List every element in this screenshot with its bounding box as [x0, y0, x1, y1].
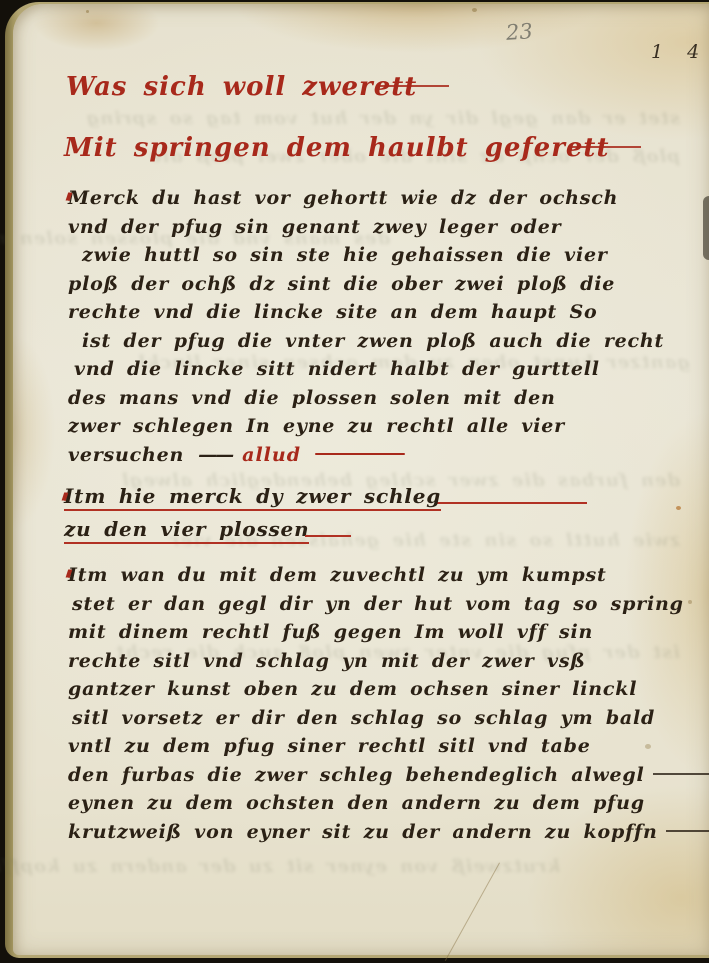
text-line: Itm wan du mit dem zuvechtl zu ym kumpst	[68, 561, 658, 590]
stain-spot	[645, 744, 651, 749]
heading-text: zu den vier plossen	[64, 517, 309, 544]
stain-spot	[676, 506, 681, 510]
text-line: mit dinem rechtl fuß gegen Im woll vff s…	[68, 618, 658, 647]
gloss-paragraph-2: Itm wan du mit dem zuvechtl zu ym kumpst…	[68, 561, 658, 846]
heading-text: Itm hie merck dy zwer schleg	[64, 484, 441, 511]
rubric-verse-line-1: Was sich woll zwerett	[66, 72, 449, 102]
bleedthrough-text: zwie huttl so sin ste hie gehaissen die …	[340, 530, 680, 551]
section-heading-line-1: Itm hie merck dy zwer schleg	[64, 484, 587, 508]
text-line: rechte vnd die lincke site an dem haupt …	[68, 298, 658, 327]
text-line: vnd die lincke sitt nidert halbt der gur…	[74, 355, 658, 384]
ink-speck	[86, 10, 89, 13]
text-line: zwie huttl so sin ste hie gehaissen die …	[82, 241, 658, 270]
closing-word: versuchen	[68, 444, 184, 466]
text-line-with-rubric-word: versuchen——allud	[68, 441, 658, 470]
stain-spot	[688, 600, 692, 604]
page-edge-shadow	[703, 196, 709, 260]
text-line: Merck du hast vor gehortt wie dz der och…	[68, 184, 658, 213]
text-line: eynen zu dem ochsten den andern zu dem p…	[68, 789, 658, 818]
text-line: ist der pfug die vnter zwen ploß auch di…	[82, 327, 658, 356]
pencil-foliation: 23	[505, 19, 533, 45]
text-line: stet er dan gegl dir yn der hut vom tag …	[72, 590, 658, 619]
text-line: des mans vnd die plossen solen mit den	[68, 384, 658, 413]
text-line: zwer schlegen In eyne zu rechtl alle vie…	[68, 412, 658, 441]
text-line: ploß der ochß dz sint die ober zwei ploß…	[68, 270, 658, 299]
text-line: krutzweiß von eyner sit zu der andern zu…	[68, 818, 658, 847]
text-line: vnd der pfug sin genant zwey leger oder	[68, 213, 658, 242]
manuscript-photo: stet er dan gegl dir yn der hut vom tag …	[0, 0, 709, 963]
gloss-paragraph-1: Merck du hast vor gehortt wie dz der och…	[68, 184, 658, 469]
rubric-word-allud: allud	[242, 444, 301, 466]
ink-folio-number: 1 4	[651, 41, 708, 63]
text-line: rechte sitl vnd schlag yn mit der zwer v…	[68, 647, 658, 676]
text-line: sitl vorsetz er dir den schlag so schlag…	[72, 704, 658, 733]
text-line: vntl zu dem pfug siner rechtl sitl vnd t…	[68, 732, 658, 761]
bleedthrough-text: stet er dan gegl dir yn der hut vom tag …	[300, 108, 680, 129]
ink-speck	[472, 8, 477, 12]
section-heading-line-2: zu den vier plossen	[64, 517, 351, 541]
red-pen-flourish	[315, 453, 405, 455]
rubric-verse-line-2: Mit springen dem haulbt geferett	[64, 133, 641, 163]
text-line: gantzer kunst oben zu dem ochsen siner l…	[68, 675, 658, 704]
text-line: den furbas die zwer schleg behendeglich …	[68, 761, 658, 790]
pen-dash-flourish: ——	[198, 444, 232, 466]
